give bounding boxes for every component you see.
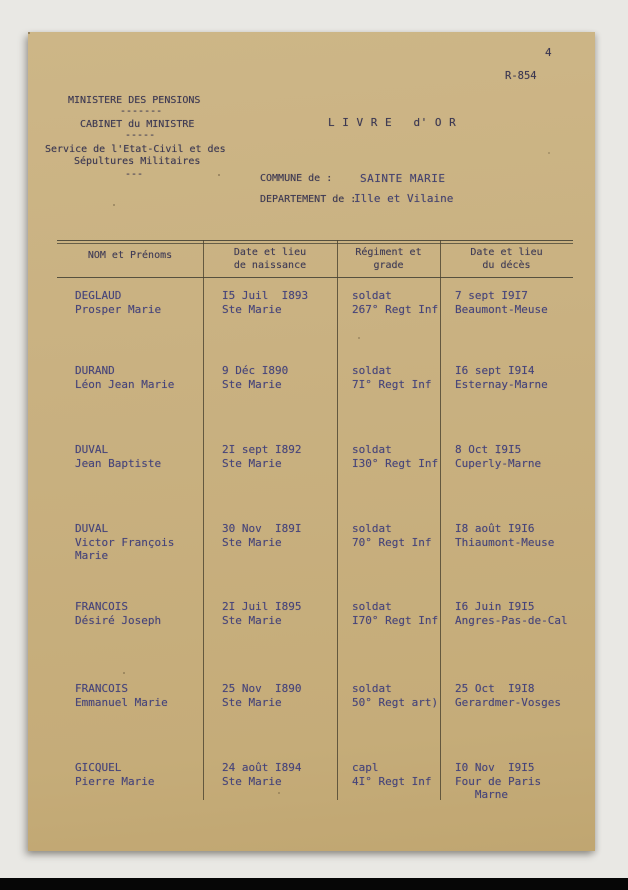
- page-number: 4: [545, 46, 552, 60]
- departement-label: DEPARTEMENT de :: [260, 194, 356, 206]
- cell-death: 25 Oct I9I8 Gerardmer-Vosges: [455, 682, 561, 709]
- cell-death: I6 Juin I9I5 Angres-Pas-de-Cal: [455, 600, 568, 627]
- table-top-rule: [57, 240, 573, 241]
- table-top-rule-2: [57, 243, 573, 244]
- honor-roll-table: NOM et Prénoms Date et lieu de naissance…: [57, 240, 573, 800]
- cell-birth: 30 Nov I89I Ste Marie: [222, 522, 301, 549]
- letterhead-rule-2: -----: [125, 130, 155, 142]
- cell-regiment: capl 4I° Regt Inf: [352, 761, 431, 788]
- column-divider-2: [337, 240, 338, 800]
- letterhead-rule-1: -------: [120, 106, 162, 118]
- cell-name: DUVAL Jean Baptiste: [75, 443, 161, 470]
- departement-value: Ille et Vilaine: [354, 192, 453, 206]
- cell-name: DURAND Léon Jean Marie: [75, 364, 174, 391]
- cell-regiment: soldat 267° Regt Inf: [352, 289, 438, 316]
- scan-bottom-black-strip: [0, 878, 628, 890]
- cell-regiment: soldat I30° Regt Inf: [352, 443, 438, 470]
- cell-name: FRANCOIS Désiré Joseph: [75, 600, 161, 627]
- commune-value: SAINTE MARIE: [360, 172, 445, 186]
- column-header-regiment: Régiment et grade: [337, 247, 440, 272]
- scanned-document-page: 4 R-854 MINISTERE DES PENSIONS ------- C…: [28, 32, 595, 851]
- commune-label: COMMUNE de :: [260, 173, 332, 185]
- cell-name: GICQUEL Pierre Marie: [75, 761, 154, 788]
- cell-death: 7 sept I9I7 Beaumont-Meuse: [455, 289, 548, 316]
- column-header-death: Date et lieu du décès: [440, 247, 573, 272]
- column-divider-1: [203, 240, 204, 800]
- paper-speckles: [28, 32, 30, 34]
- column-header-birth: Date et lieu de naissance: [203, 247, 337, 272]
- column-divider-3: [440, 240, 441, 800]
- cell-birth: 9 Déc I890 Ste Marie: [222, 364, 288, 391]
- cell-name: DEGLAUD Prosper Marie: [75, 289, 161, 316]
- reference-number: R-854: [505, 70, 537, 82]
- table-header-rule: [57, 277, 573, 278]
- document-title: L I V R E d' O R: [328, 116, 456, 130]
- cell-name: DUVAL Victor François Marie: [75, 522, 174, 563]
- cell-birth: 2I Juil I895 Ste Marie: [222, 600, 301, 627]
- cell-death: I8 août I9I6 Thiaumont-Meuse: [455, 522, 554, 549]
- cell-regiment: soldat I70° Regt Inf: [352, 600, 438, 627]
- cell-birth: 24 août I894 Ste Marie: [222, 761, 301, 788]
- cell-birth: 25 Nov I890 Ste Marie: [222, 682, 301, 709]
- cell-birth: I5 Juil I893 Ste Marie: [222, 289, 308, 316]
- cell-birth: 2I sept I892 Ste Marie: [222, 443, 301, 470]
- cell-death: I0 Nov I9I5 Four de Paris Marne: [455, 761, 541, 802]
- column-header-name: NOM et Prénoms: [57, 250, 203, 263]
- cell-regiment: soldat 70° Regt Inf: [352, 522, 431, 549]
- cell-death: I6 sept I9I4 Esternay-Marne: [455, 364, 548, 391]
- cell-name: FRANCOIS Emmanuel Marie: [75, 682, 168, 709]
- letterhead-rule-3: ---: [125, 169, 143, 181]
- cell-regiment: soldat 7I° Regt Inf: [352, 364, 431, 391]
- cell-regiment: soldat 50° Regt art): [352, 682, 438, 709]
- letterhead-service-line1: Service de l'Etat-Civil et des: [45, 144, 226, 156]
- cell-death: 8 Oct I9I5 Cuperly-Marne: [455, 443, 541, 470]
- letterhead-service-line2: Sépultures Militaires: [74, 156, 200, 168]
